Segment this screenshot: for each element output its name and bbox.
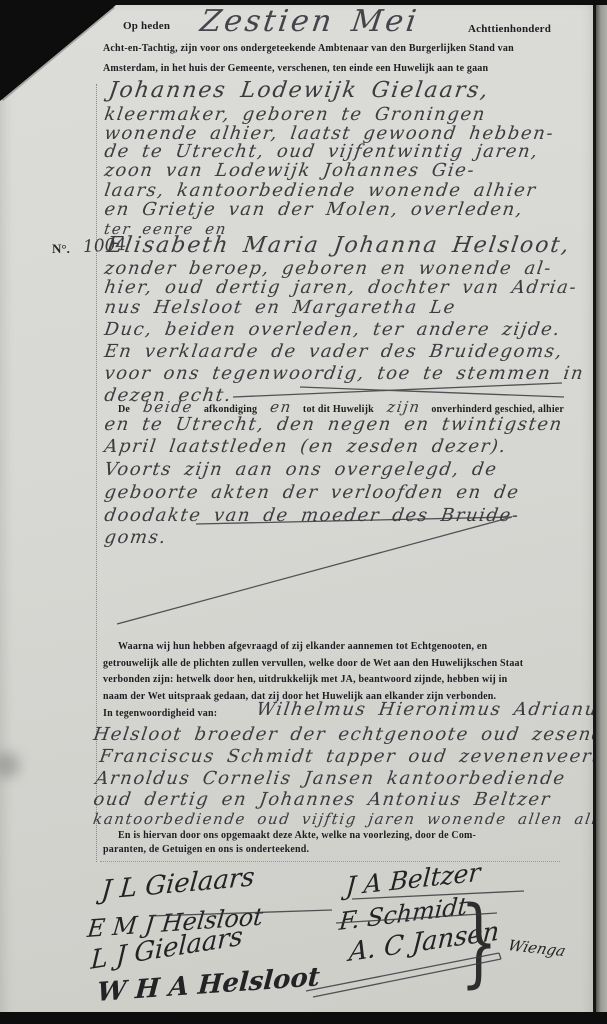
hw-line: Helsloot broeder der echtgenoote oud zes…	[92, 724, 607, 745]
hw-line: April laatstleden (en zesden dezer).	[103, 436, 508, 457]
hw-line: Franciscus Schmidt tapper oud zevenenvee…	[98, 746, 607, 767]
certificate-page: N°. 1004 Op heden Zestien Mei Achttienho…	[0, 0, 607, 1024]
hw-line: kantoorbediende oud vijftig jaren wonend…	[92, 810, 607, 828]
signature-separator	[100, 861, 560, 862]
brace-flourish: }	[460, 886, 498, 998]
printed-achttienhonderd: Achttienhonderd	[468, 23, 551, 35]
printed-vows-line: getrouwelijk alle de plichten zullen ver…	[103, 658, 523, 669]
printed-opening-line: Amsterdam, in het huis der Gemeente, ver…	[103, 63, 488, 74]
handwritten-date: Zestien Mei	[198, 4, 421, 39]
hw-line: goms.	[103, 527, 168, 548]
printed-op-heden: Op heden	[123, 20, 170, 32]
hw-line: laars, kantoorbediende wonende alhier	[103, 180, 538, 201]
hw-line: En verklaarde de vader des Bruidegoms,	[103, 341, 564, 362]
printed-closing-line: paranten, de Getuigen en ons is ondertee…	[103, 844, 309, 855]
hw-line: Arnoldus Cornelis Jansen kantoorbediende	[94, 768, 567, 789]
printed-closing-line: En is hiervan door ons opgemaakt deze Ak…	[118, 830, 476, 841]
hw-line: kleermaker, geboren te Groningen	[103, 104, 487, 125]
printed-vows-line: Waarna wij hun hebben afgevraagd of zij …	[118, 641, 487, 652]
hw-line-groom-name: Johannes Lodewijk Gielaars,	[107, 78, 491, 103]
printed-vows-line: verbonden zijn: hetwelk door hen, uitdru…	[103, 674, 507, 685]
margin-rule	[96, 84, 97, 862]
hw-line: nus Helsloot en Margaretha Le	[103, 297, 457, 318]
hw-witness-name: Wilhelmus Hieronimus Adrianus	[255, 699, 607, 720]
hw-line: voor ons tegenwoordig, toe te stemmen in	[103, 363, 586, 384]
hw-line: de te Utrecht, oud vijfentwintig jaren,	[103, 141, 540, 162]
hw-line: Voorts zijn aan ons overgelegd, de	[103, 459, 499, 480]
hw-line: en te Utrecht, den negen en twintigsten	[103, 414, 564, 435]
hw-line: doodakte van de moeder des Bruide-	[103, 505, 521, 526]
hw-line: hier, oud dertig jaren, dochter van Adri…	[103, 277, 579, 298]
page-edge-band	[593, 5, 607, 1012]
hw-line: zonder beroep, geboren en wonende al-	[103, 258, 553, 279]
paper-smudge	[0, 752, 20, 778]
signature-groom: J L Gielaars	[100, 862, 256, 906]
hw-line: zoon van Lodewijk Johannes Gie-	[103, 160, 477, 181]
hw-line: en Grietje van der Molen, overleden,	[103, 199, 525, 220]
scanned-marriage-certificate: N°. 1004 Op heden Zestien Mei Achttienho…	[0, 0, 607, 1024]
hw-line: geboorte akten der verloofden en de	[103, 482, 521, 503]
printed-opening-line: Acht-en-Tachtig, zijn voor ons ondergete…	[103, 43, 514, 54]
signature-registrar: Wienga	[506, 936, 568, 960]
printed-vows-line: In tegenwoordigheid van:	[103, 708, 217, 719]
act-number-label: N°.	[52, 241, 70, 257]
hw-line-bride-name: Elisabeth Maria Johanna Helsloot,	[105, 233, 572, 258]
hw-line: Duc, beiden overleden, ter andere zijde.	[103, 319, 562, 340]
hw-line: oud dertig en Johannes Antonius Beltzer	[92, 789, 552, 810]
